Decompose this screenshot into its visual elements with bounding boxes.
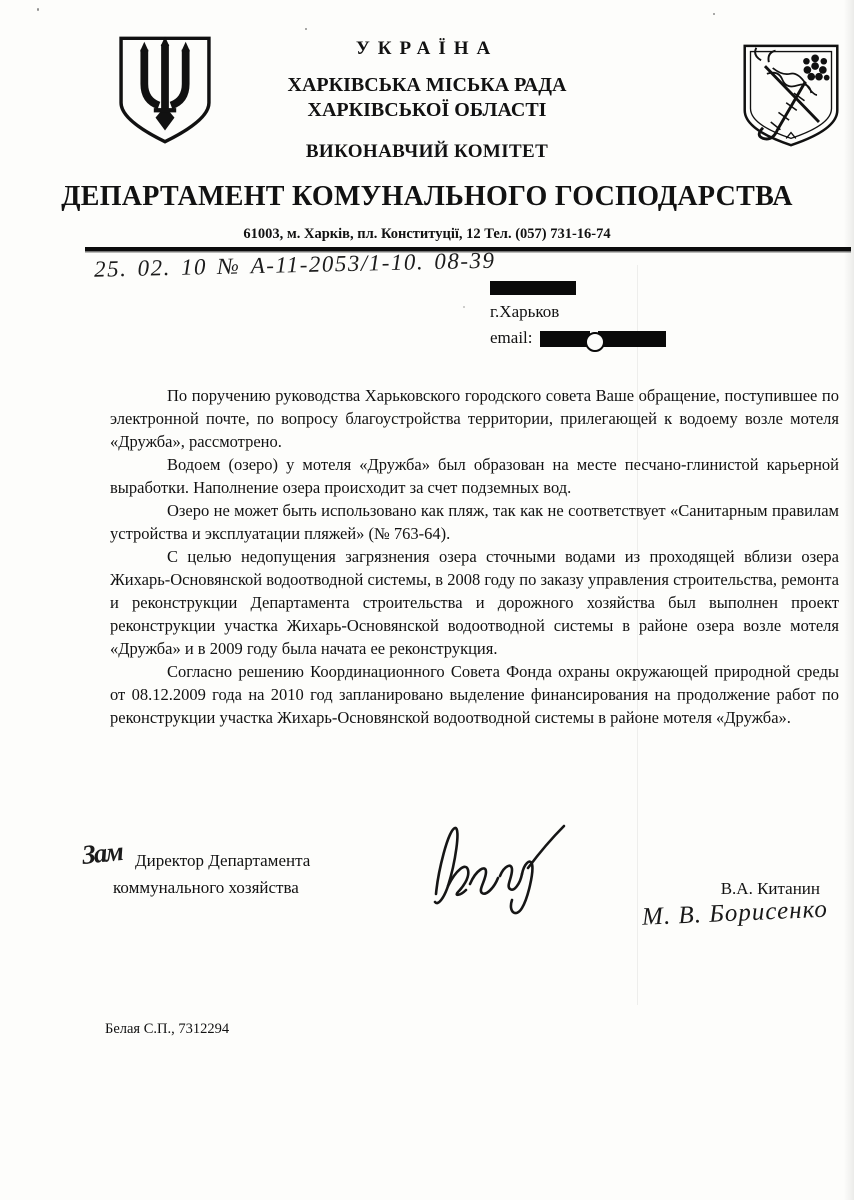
paragraph-1: По поручению руководства Харьковского го… — [110, 384, 839, 453]
scan-speck — [463, 306, 465, 308]
redaction-bar-email — [598, 331, 666, 347]
recipient-block: г.Харьков email: — [490, 281, 790, 349]
paragraph-4: С целью недопущения загрязнения озера ст… — [110, 545, 839, 660]
recipient-city: г.Харьков — [490, 302, 790, 322]
at-sign-icon — [585, 332, 605, 352]
scan-speck — [37, 8, 39, 11]
scanned-letter-page: УКРАЇНА ХАРКІВСЬКА МІСЬКА РАДА ХАРКІВСЬК… — [0, 0, 854, 1200]
handwritten-deputy-note: Зам — [80, 836, 123, 871]
paragraph-5: Согласно решению Координационного Совета… — [110, 660, 839, 729]
department-title: ДЕПАРТАМЕНТ КОМУНАЛЬНОГО ГОСПОДАРСТВА — [0, 181, 854, 213]
signer-title-line1: Директор Департамента — [135, 847, 310, 874]
address-line: 61003, м. Харків, пл. Конституції, 12 Те… — [0, 226, 854, 243]
council-line1: ХАРКІВСЬКА МІСЬКА РАДА — [0, 73, 854, 98]
redaction-bar-name — [490, 281, 576, 295]
paragraph-3: Озеро не может быть использовано как пля… — [110, 499, 839, 545]
executive-committee-title: ВИКОНАВЧИЙ КОМІТЕТ — [0, 141, 854, 163]
email-label: email: — [490, 328, 532, 347]
paragraph-2: Водоем (озеро) у мотеля «Дружба» был обр… — [110, 453, 839, 499]
executor-contact: Белая С.П., 7312294 — [105, 1021, 229, 1038]
letter-body: По поручению руководства Харьковского го… — [110, 384, 839, 729]
handwritten-signature — [424, 812, 569, 917]
scan-speck — [713, 13, 715, 15]
handwritten-signer-name: М. В. Борисенко — [641, 894, 854, 932]
signer-title: Директор Департамента коммунального хозя… — [135, 847, 310, 901]
country-title: УКРАЇНА — [0, 38, 854, 60]
letterhead: УКРАЇНА ХАРКІВСЬКА МІСЬКА РАДА ХАРКІВСЬК… — [0, 38, 854, 163]
scan-speck — [305, 28, 307, 30]
signer-title-line2: коммунального хозяйства — [113, 874, 310, 901]
recipient-email-row: email: — [490, 328, 790, 349]
handwritten-reference-number: 25. 02. 10 № А-11-2053/1-10. 08-39 — [94, 247, 514, 283]
redaction-bar-email — [540, 331, 590, 347]
council-line2: ХАРКІВСЬКОЇ ОБЛАСТІ — [0, 98, 854, 123]
